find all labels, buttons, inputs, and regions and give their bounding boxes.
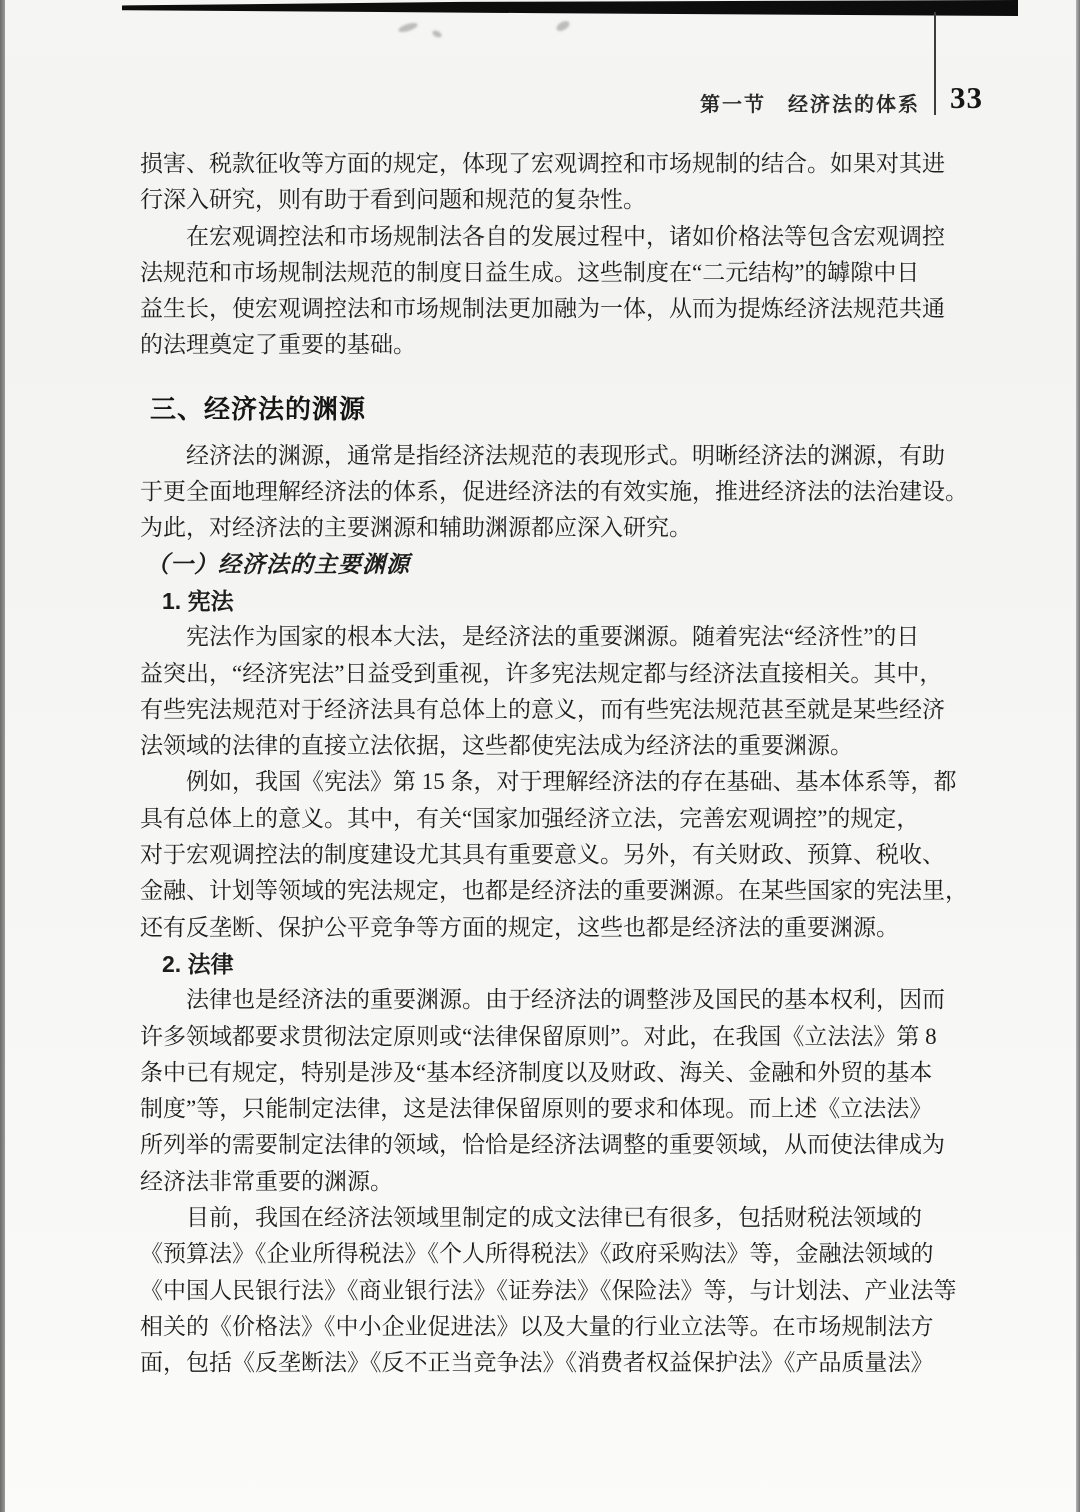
header-divider-line (934, 12, 936, 115)
scan-speck (555, 19, 571, 33)
page-number: 33 (950, 80, 1030, 116)
text-line: 法规范和市场规制法规范的制度日益生成。这些制度在“二元结构”的罅隙中日 (140, 255, 940, 291)
book-page: 第一节 经济法的体系 33 损害、税款征收等方面的规定，体现了宏观调控和市场规制… (0, 0, 1080, 1512)
text-line: 在宏观调控法和市场规制法各自的发展过程中，诸如价格法等包含宏观调控 (140, 219, 940, 255)
text-line: 法律也是经济法的重要渊源。由于经济法的调整涉及国民的基本权利，因而 (140, 982, 940, 1018)
text-line: 于更全面地理解经济法的体系，促进经济法的有效实施，推进经济法的法治建设。 (140, 474, 940, 510)
text-line: 目前，我国在经济法领域里制定的成文法律已有很多，包括财税法领域的 (140, 1200, 940, 1236)
text-line: 损害、税款征收等方面的规定，体现了宏观调控和市场规制的结合。如果对其进 (140, 146, 940, 182)
text-block: 损害、税款征收等方面的规定，体现了宏观调控和市场规制的结合。如果对其进 行深入研… (140, 146, 940, 1382)
scan-edge-left (0, 0, 5, 1512)
text-line: 条中已有规定，特别是涉及“基本经济制度以及财政、海关、金融和外贸的基本 (140, 1055, 940, 1091)
text-line: 宪法作为国家的根本大法，是经济法的重要渊源。随着宪法“经济性”的日 (140, 619, 940, 655)
subheading-main-sources: （一）经济法的主要渊源 (140, 547, 940, 583)
text-line: 例如，我国《宪法》第 15 条，对于理解经济法的存在基础、基本体系等，都 (140, 764, 940, 800)
text-line: 相关的《价格法》《中小企业促进法》以及大量的行业立法等。在市场规制法方 (140, 1309, 940, 1345)
subheading-law: 2. 法律 (140, 946, 940, 982)
text-line: 金融、计划等领域的宪法规定，也都是经济法的重要渊源。在某些国家的宪法里， (140, 873, 940, 909)
scan-edge-right (1076, 0, 1080, 1512)
section-heading: 三、经济法的渊源 (140, 386, 940, 432)
text-line: 对于宏观调控法的制度建设尤其具有重要意义。另外，有关财政、预算、税收、 (140, 837, 940, 873)
text-line: 制度”等，只能制定法律，这是法律保留原则的要求和体现。而上述《立法法》 (140, 1091, 940, 1127)
text-line: 还有反垄断、保护公平竞争等方面的规定，这些也都是经济法的重要渊源。 (140, 910, 940, 946)
text-line: 行深入研究，则有助于看到问题和规范的复杂性。 (140, 182, 940, 218)
text-line: 经济法非常重要的渊源。 (140, 1164, 940, 1200)
subheading-constitution: 1. 宪法 (140, 583, 940, 619)
text-line: 经济法的渊源，通常是指经济法规范的表现形式。明晰经济法的渊源，有助 (140, 438, 940, 474)
text-line: 许多领域都要求贯彻法定原则或“法律保留原则”。对此，在我国《立法法》第 8 (140, 1019, 940, 1055)
running-header-title: 第一节 经济法的体系 (0, 88, 920, 117)
scan-speck (397, 21, 418, 34)
text-line: 益生长，使宏观调控法和市场规制法更加融为一体，从而为提炼经济法规范共通 (140, 291, 940, 327)
text-line: 《中国人民银行法》《商业银行法》《证券法》《保险法》等，与计划法、产业法等 (140, 1273, 940, 1309)
scan-speck (431, 29, 443, 39)
scan-top-bar (122, 0, 1018, 16)
text-line: 的法理奠定了重要的基础。 (140, 327, 940, 363)
text-line: 所列举的需要制定法律的领域，恰恰是经济法调整的重要领域，从而使法律成为 (140, 1127, 940, 1163)
text-line: 益突出，“经济宪法”日益受到重视，许多宪法规定都与经济法直接相关。其中， (140, 656, 940, 692)
text-line: 有些宪法规范对于经济法具有总体上的意义，而有些宪法规范甚至就是某些经济 (140, 692, 940, 728)
text-line: 法领域的法律的直接立法依据，这些都使宪法成为经济法的重要渊源。 (140, 728, 940, 764)
text-line: 具有总体上的意义。其中，有关“国家加强经济立法，完善宏观调控”的规定， (140, 801, 940, 837)
text-line: 《预算法》《企业所得税法》《个人所得税法》《政府采购法》等，金融法领域的 (140, 1236, 940, 1272)
text-line: 面，包括《反垄断法》《反不正当竞争法》《消费者权益保护法》《产品质量法》 (140, 1345, 940, 1381)
text-line: 为此，对经济法的主要渊源和辅助渊源都应深入研究。 (140, 510, 940, 546)
